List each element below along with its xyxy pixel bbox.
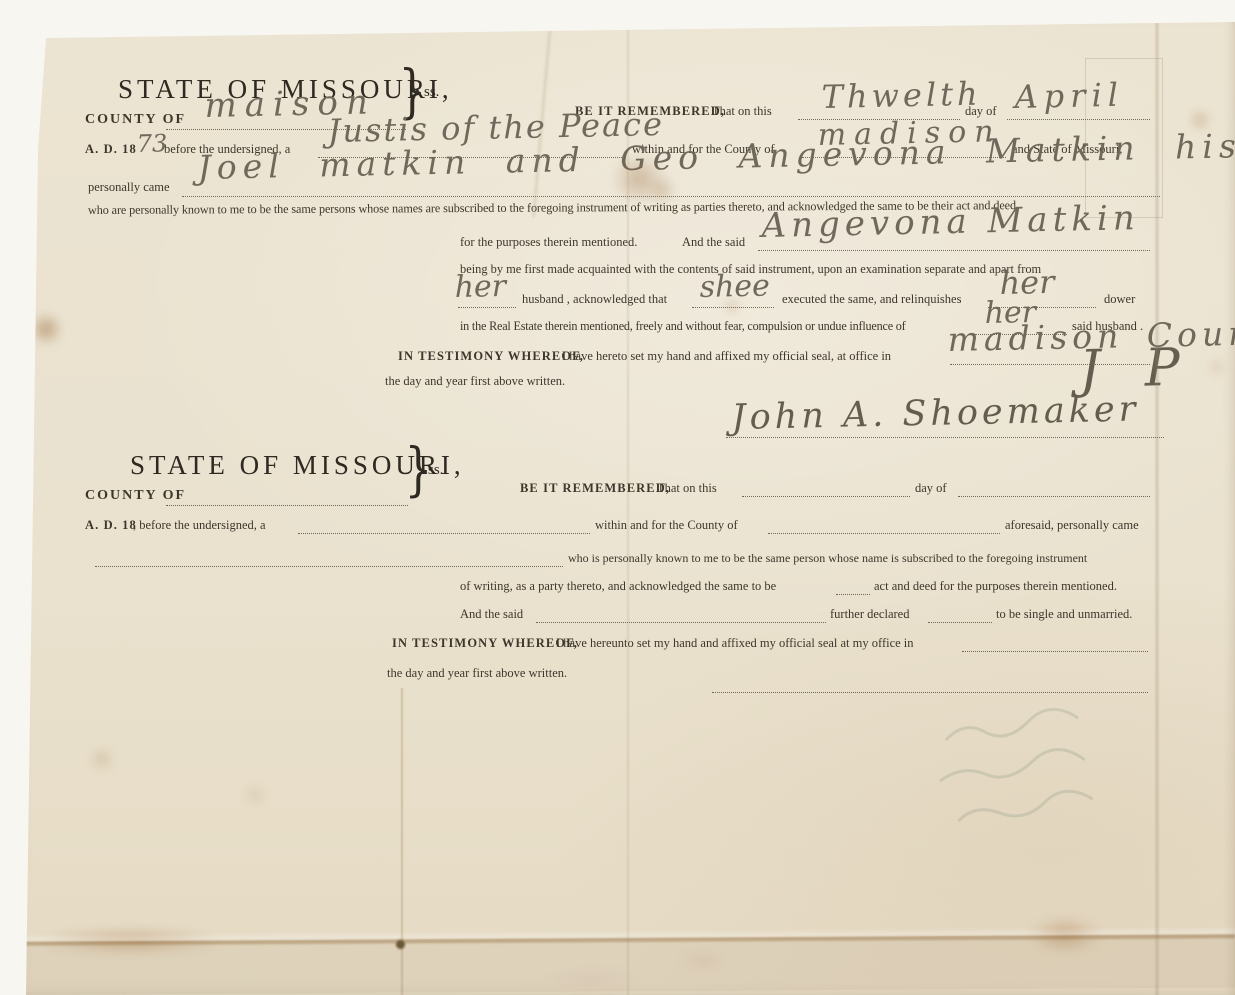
dotted-rule [742,496,910,497]
dotted-rule [1007,119,1150,120]
day-year-line-1: the day and year first above written. [385,374,565,389]
ad-label-2: A. D. 18 [85,518,137,533]
fold-stain [680,952,726,970]
and-the-said-2: And the said [460,607,523,622]
act-deed-line: act and deed for the purposes therein me… [874,579,1117,594]
vertical-fold-crease-left [400,688,404,995]
within-text-2: within and for the County of [595,518,738,533]
remembered-label-2: BE IT REMEMBERED, [520,481,670,496]
handwritten-said-name: Angevona Matkin [761,198,1140,246]
purposes-text: for the purposes therein mentioned. [460,235,637,250]
handwritten-signature: John A. Shoemaker [731,389,1140,438]
county-label-2: COUNTY OF [85,488,186,504]
day-of-2: day of [915,481,947,496]
dotted-rule [726,437,1164,438]
ss-label-2: ss. [428,462,443,479]
ink-stain [1188,110,1212,130]
further-declared-text: further declared [830,607,909,622]
fold-stain [548,972,638,988]
dotted-rule [95,566,563,567]
single-text: to be single and unmarried. [996,607,1132,622]
signature-rule [712,692,1148,693]
ad-label-1: A. D. 18 [85,142,137,157]
before-text-2: , before the undersigned, a [133,518,266,533]
dotted-rule [768,533,1000,534]
day-year-line-2: the day and year first above written. [387,666,567,681]
writing-line: of writing, as a party thereto, and ackn… [460,579,776,594]
dotted-rule [958,496,1150,497]
ink-stain [244,786,266,804]
handwritten-year: 73 [136,129,167,158]
fold-stain [1030,918,1100,952]
fold-stain [40,928,220,954]
ink-bleedthrough [923,688,1167,861]
paper-sheet: STATE OF MISSOURI, } ss. COUNTY OF maiso… [0,0,1235,995]
testimony-rest-2: I have hereunto set my hand and affixed … [556,636,914,651]
ink-stain [1208,360,1226,374]
dotted-rule [536,622,826,623]
executed-text: executed the same, and relinquishes [782,292,961,307]
aforesaid-text: aforesaid, personally came [1005,518,1139,533]
and-the-said-1: And the said [682,235,745,250]
dotted-rule [836,594,870,595]
testimony-rest-1: I have hereto set my hand and affixed my… [562,349,891,364]
scanned-document: STATE OF MISSOURI, } ss. COUNTY OF maiso… [0,0,1235,995]
dotted-rule [298,533,590,534]
dotted-rule [166,505,408,506]
ink-stain [646,178,678,202]
handwritten-day: Thwelth [821,75,982,116]
dotted-rule [962,651,1148,652]
personally-came-1: personally came [88,180,170,195]
county-label-1: COUNTY OF [85,112,186,128]
dotted-rule [928,622,992,623]
ink-stain [722,298,742,314]
ink-stain [28,314,64,344]
ss-label-1: ss. [424,84,439,101]
handwritten-month: April [1014,76,1124,116]
dower-text: dower [1104,292,1135,307]
handwritten-her-1: her [454,269,506,305]
ink-stain [88,748,116,770]
known-line-2: who is personally known to me to be the … [568,551,1087,566]
testimony-label-2: IN TESTIMONY WHEREOF, [392,636,578,651]
that-on-this-1: That on this [712,104,772,119]
dotted-rule [758,250,1150,251]
fold-notch [396,940,405,949]
dotted-rule [458,307,516,308]
husband-ack-text: husband , acknowledged that [522,292,667,307]
real-estate-line: in the Real Estate therein mentioned, fr… [460,319,906,334]
that-on-this-2: That on this [657,481,717,496]
testimony-label-1: IN TESTIMONY WHEREOF, [398,349,584,364]
